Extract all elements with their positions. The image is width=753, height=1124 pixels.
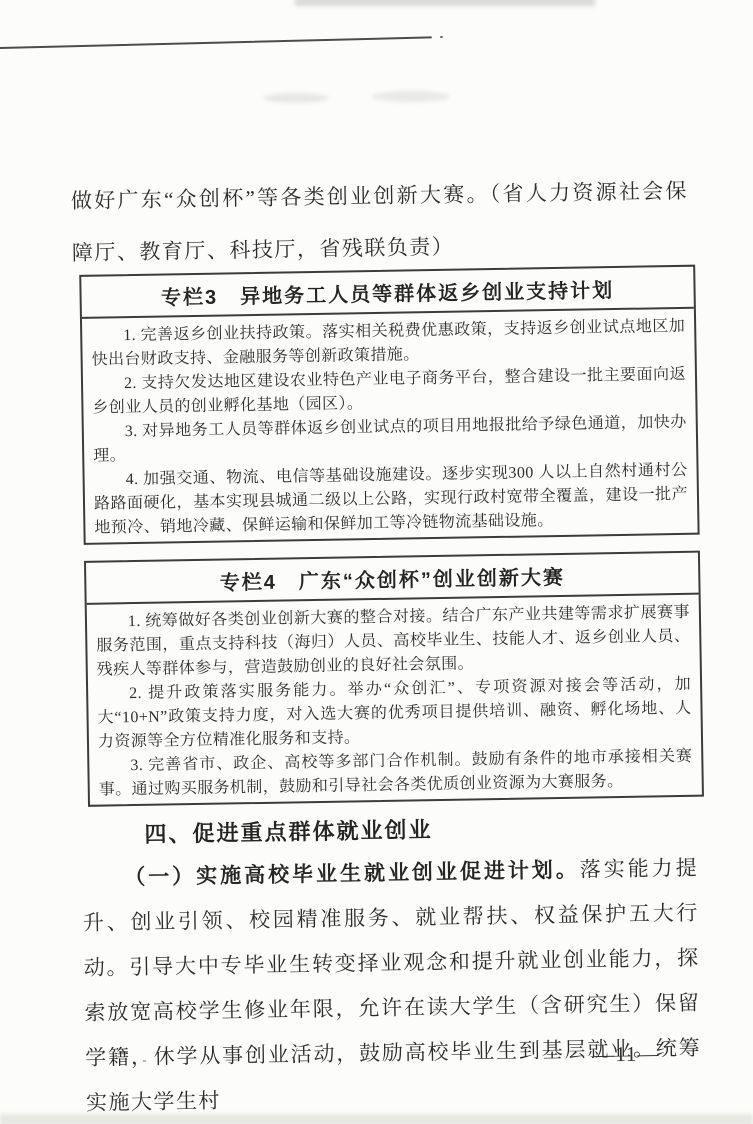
document-page: 做好广东“众创杯”等各类创业创新大赛。（省人力资源社会保障厅、教育厅、科技厅，省… xyxy=(0,0,753,1124)
subsection-body: 落实能力提升、创业引领、校园精准服务、就业帮扶、权益保护五大行动。引导大中专毕业… xyxy=(83,856,702,1115)
column-box-3-body: 1. 完善返乡创业扶持政策。落实相关税费优惠政策，支持返乡创业试点地区加快出台财… xyxy=(82,309,698,545)
box3-item: 4. 加强交通、物流、电信等基础设施建设。逐步实现300 人以上自然村通村公路路… xyxy=(93,459,688,541)
column-box-4: 专栏4 广东“众创杯”创业创新大赛 1. 统筹做好各类创业创新大赛的整合对接。结… xyxy=(84,551,704,807)
graduates-paragraph: （一）实施高校毕业生就业创业促进计划。落实能力提升、创业引领、校园精准服务、就业… xyxy=(82,846,702,1124)
box4-item: 1. 统筹做好各类创业创新大赛的整合对接。结合广东产业共建等需求扩展赛事服务范围… xyxy=(96,601,691,683)
column-box-4-label: 专栏4 xyxy=(220,565,278,595)
box4-item: 3. 完善省市、政企、高校等多部门合作机制。鼓励有条件的地市承接相关赛事。通过购… xyxy=(98,745,693,803)
intro-paragraph: 做好广东“众创杯”等各类创业创新大赛。（省人力资源社会保障厅、教育厅、科技厅，省… xyxy=(71,165,690,279)
column-box-3-heading: 异地务工人员等群体返乡创业支持计划 xyxy=(240,274,614,309)
page-number: —11— xyxy=(593,1041,660,1067)
subsection-heading: （一）实施高校毕业生就业创业促进计划。 xyxy=(124,858,580,890)
section-heading: 四、促进重点群体就业创业 xyxy=(144,813,432,849)
box4-item: 2. 提升政策落实服务能力。举办“众创汇”、专项资源对接会等活动，加大“10+N… xyxy=(97,673,692,755)
page-content: 做好广东“众创杯”等各类创业创新大赛。（省人力资源社会保障厅、教育厅、科技厅，省… xyxy=(0,0,753,1124)
column-box-4-heading: 广东“众创杯”创业创新大赛 xyxy=(299,560,565,593)
column-box-3: 专栏3 异地务工人员等群体返乡创业支持计划 1. 完善返乡创业扶持政策。落实相关… xyxy=(79,265,699,545)
column-box-3-label: 专栏3 xyxy=(161,280,219,310)
column-box-4-body: 1. 统筹做好各类创业创新大赛的整合对接。结合广东产业共建等需求扩展赛事服务范围… xyxy=(87,595,702,807)
